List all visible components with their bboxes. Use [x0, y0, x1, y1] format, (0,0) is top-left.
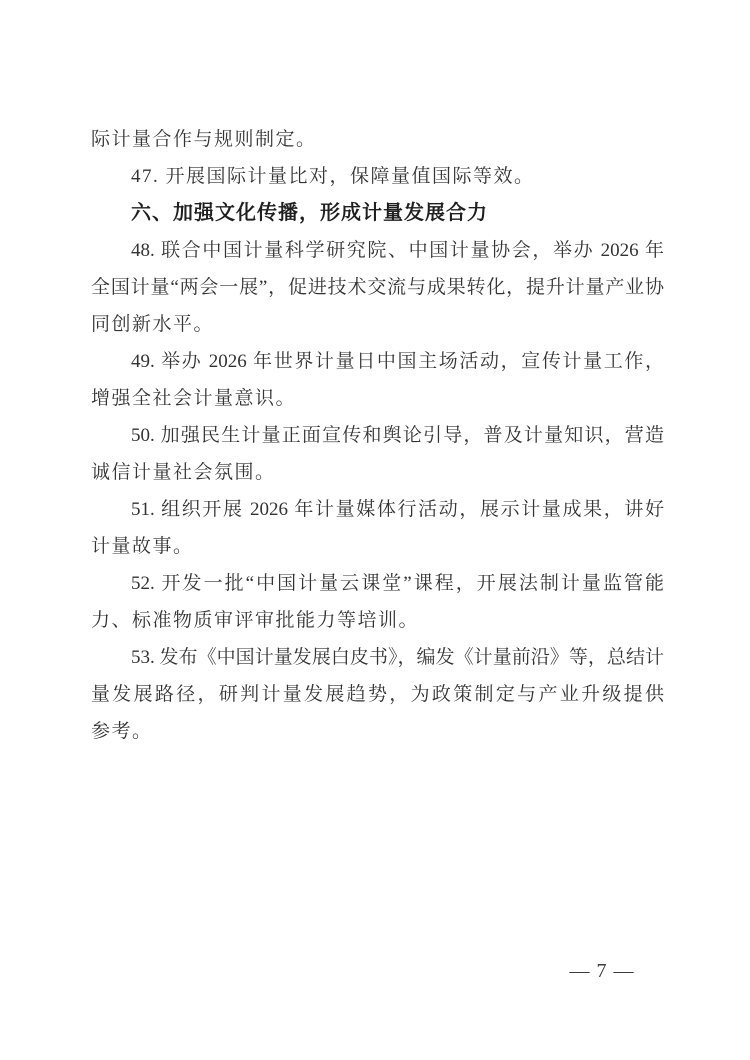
list-item-52-line-2: 力、标准物质审评审批能力等培训。 [91, 602, 664, 639]
list-item-53-line-3: 参考。 [91, 713, 664, 750]
list-item-48-line-2: 全国计量“两会一展”，促进技术交流与成果转化，提升计量产业协 [91, 269, 664, 306]
list-item-53-line-2: 量发展路径，研判计量发展趋势，为政策制定与产业升级提供 [91, 676, 664, 713]
list-item-50-line-2: 诚信计量社会氛围。 [91, 454, 664, 491]
document-page: 际计量合作与规则制定。 47. 开展国际计量比对，保障量值国际等效。 六、加强文… [0, 0, 750, 1060]
list-item-47: 47. 开展国际计量比对，保障量值国际等效。 [91, 158, 664, 195]
list-item-53-line-1: 53. 发布《中国计量发展白皮书》，编发《计量前沿》等，总结计 [91, 639, 664, 676]
section-heading-6: 六、加强文化传播，形成计量发展合力 [91, 195, 664, 232]
list-item-51-line-1: 51. 组织开展 2026 年计量媒体行活动，展示计量成果，讲好 [91, 491, 664, 528]
paragraph-continuation: 际计量合作与规则制定。 [91, 121, 664, 158]
list-item-48-line-1: 48. 联合中国计量科学研究院、中国计量协会，举办 2026 年 [91, 232, 664, 269]
list-item-52-line-1: 52. 开发一批“中国计量云课堂”课程，开展法制计量监管能 [91, 565, 664, 602]
page-number: — 7 — [537, 961, 667, 981]
list-item-49-line-1: 49. 举办 2026 年世界计量日中国主场活动，宣传计量工作， [91, 343, 664, 380]
list-item-49-line-2: 增强全社会计量意识。 [91, 380, 664, 417]
list-item-48-line-3: 同创新水平。 [91, 306, 664, 343]
list-item-51-line-2: 计量故事。 [91, 528, 664, 565]
document-body: 际计量合作与规则制定。 47. 开展国际计量比对，保障量值国际等效。 六、加强文… [91, 121, 664, 750]
list-item-50-line-1: 50. 加强民生计量正面宣传和舆论引导，普及计量知识，营造 [91, 417, 664, 454]
